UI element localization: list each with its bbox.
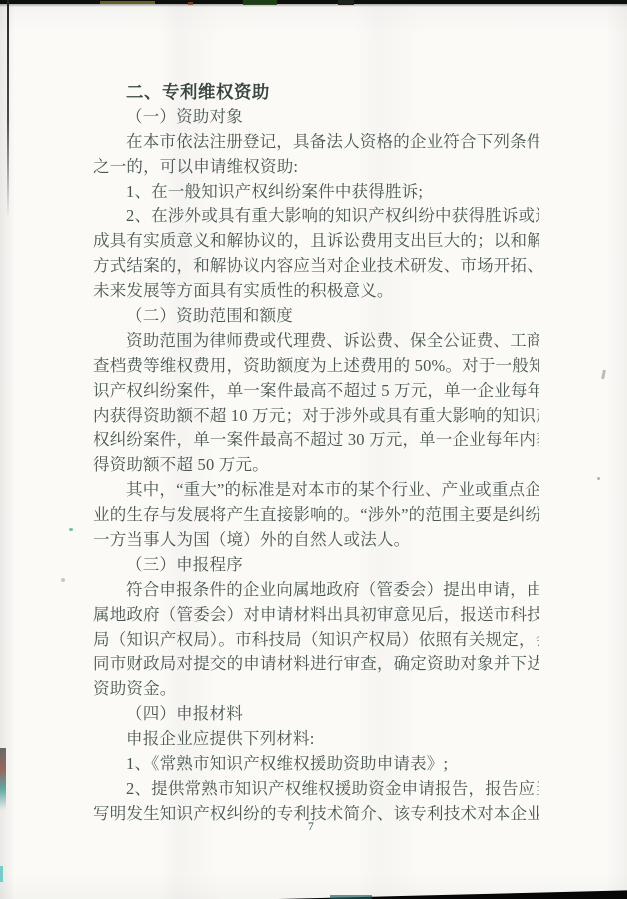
- text-line: 2、在涉外或具有重大影响的知识产权纠纷中获得胜诉或达: [93, 204, 539, 229]
- text-line: 资助范围为律师费或代理费、诉讼费、保全公证费、工商: [93, 329, 539, 354]
- scan-noise-speck: [100, 1, 155, 4]
- text-line: 2、提供常熟市知识产权维权援助资金申请报告，报告应当: [93, 777, 539, 802]
- scan-noise-speck: [601, 370, 606, 379]
- text-line: 成具有实质意义和解协议的，且诉讼费用支出巨大的；以和解: [93, 229, 539, 254]
- scan-noise-speck: [188, 2, 193, 5]
- text-line: 内获得资助额不超 10 万元；对于涉外或具有重大影响的知识产: [93, 404, 539, 429]
- text-line: 未来发展等方面具有实质性的积极意义。: [93, 279, 539, 304]
- text-line: 在本市依法注册登记，具备法人资格的企业符合下列条件: [93, 130, 539, 155]
- scan-noise-speck: [338, 0, 354, 5]
- scan-edge-top-fringe: [0, 4, 627, 7]
- scan-noise-speck: [69, 528, 73, 531]
- page-number: 7: [308, 821, 314, 833]
- text-line: 资助资金。: [93, 677, 539, 702]
- scanned-document-page: 二、专利维权资助（一）资助对象在本市依法注册登记，具备法人资格的企业符合下列条件…: [0, 0, 627, 899]
- text-line: 得资助额不超 50 万元。: [93, 453, 539, 478]
- text-line: 属地政府（管委会）对申请材料出具初审意见后，报送市科技: [93, 603, 539, 628]
- text-line: 查档费等维权费用，资助额度为上述费用的 50%。对于一般知: [93, 354, 539, 379]
- text-line: 局（知识产权局）。市科技局（知识产权局）依照有关规定，会: [93, 628, 539, 653]
- text-line: 申报企业应提供下列材料:: [93, 727, 539, 752]
- text-line: （一）资助对象: [93, 105, 539, 130]
- document-body: 二、专利维权资助（一）资助对象在本市依法注册登记，具备法人资格的企业符合下列条件…: [93, 80, 539, 827]
- section-heading: 二、专利维权资助: [93, 80, 539, 105]
- scan-noise-speck: [243, 0, 277, 5]
- scan-noise-speck: [597, 477, 600, 480]
- text-line: 业的生存与发展将产生直接影响的。“涉外”的范围主要是纠纷: [93, 503, 539, 528]
- scan-noise-speck: [61, 578, 65, 582]
- scan-noise-speck: [330, 895, 372, 899]
- scan-noise-speck: [0, 866, 3, 882]
- text-line: 识产权纠纷案件，单一案件最高不超过 5 万元，单一企业每年: [93, 379, 539, 404]
- text-line: 1、《常熟市知识产权维权援助资助申请表》;: [93, 752, 539, 777]
- text-line: （二）资助范围和额度: [93, 304, 539, 329]
- text-line: （四）申报材料: [93, 702, 539, 727]
- scan-smudge-left: [0, 748, 6, 810]
- text-line: 其中，“重大”的标准是对本市的某个行业、产业或重点企: [93, 478, 539, 503]
- text-line: （三）申报程序: [93, 553, 539, 578]
- text-line: 1、在一般知识产权纠纷案件中获得胜诉;: [93, 180, 539, 205]
- text-line: 写明发生知识产权纠纷的专利技术简介、该专利技术对本企业: [93, 802, 539, 827]
- text-line: 一方当事人为国（境）外的自然人或法人。: [93, 528, 539, 553]
- text-line: 之一的，可以申请维权资助:: [93, 155, 539, 180]
- text-line: 权纠纷案件，单一案件最高不超过 30 万元，单一企业每年内获: [93, 428, 539, 453]
- text-line: 方式结案的，和解协议内容应当对企业技术研发、市场开拓、: [93, 254, 539, 279]
- text-line: 符合申报条件的企业向属地政府（管委会）提出申请，由: [93, 578, 539, 603]
- scan-edge-left-line: [7, 0, 9, 218]
- text-line: 同市财政局对提交的申请材料进行审查，确定资助对象并下达: [93, 652, 539, 677]
